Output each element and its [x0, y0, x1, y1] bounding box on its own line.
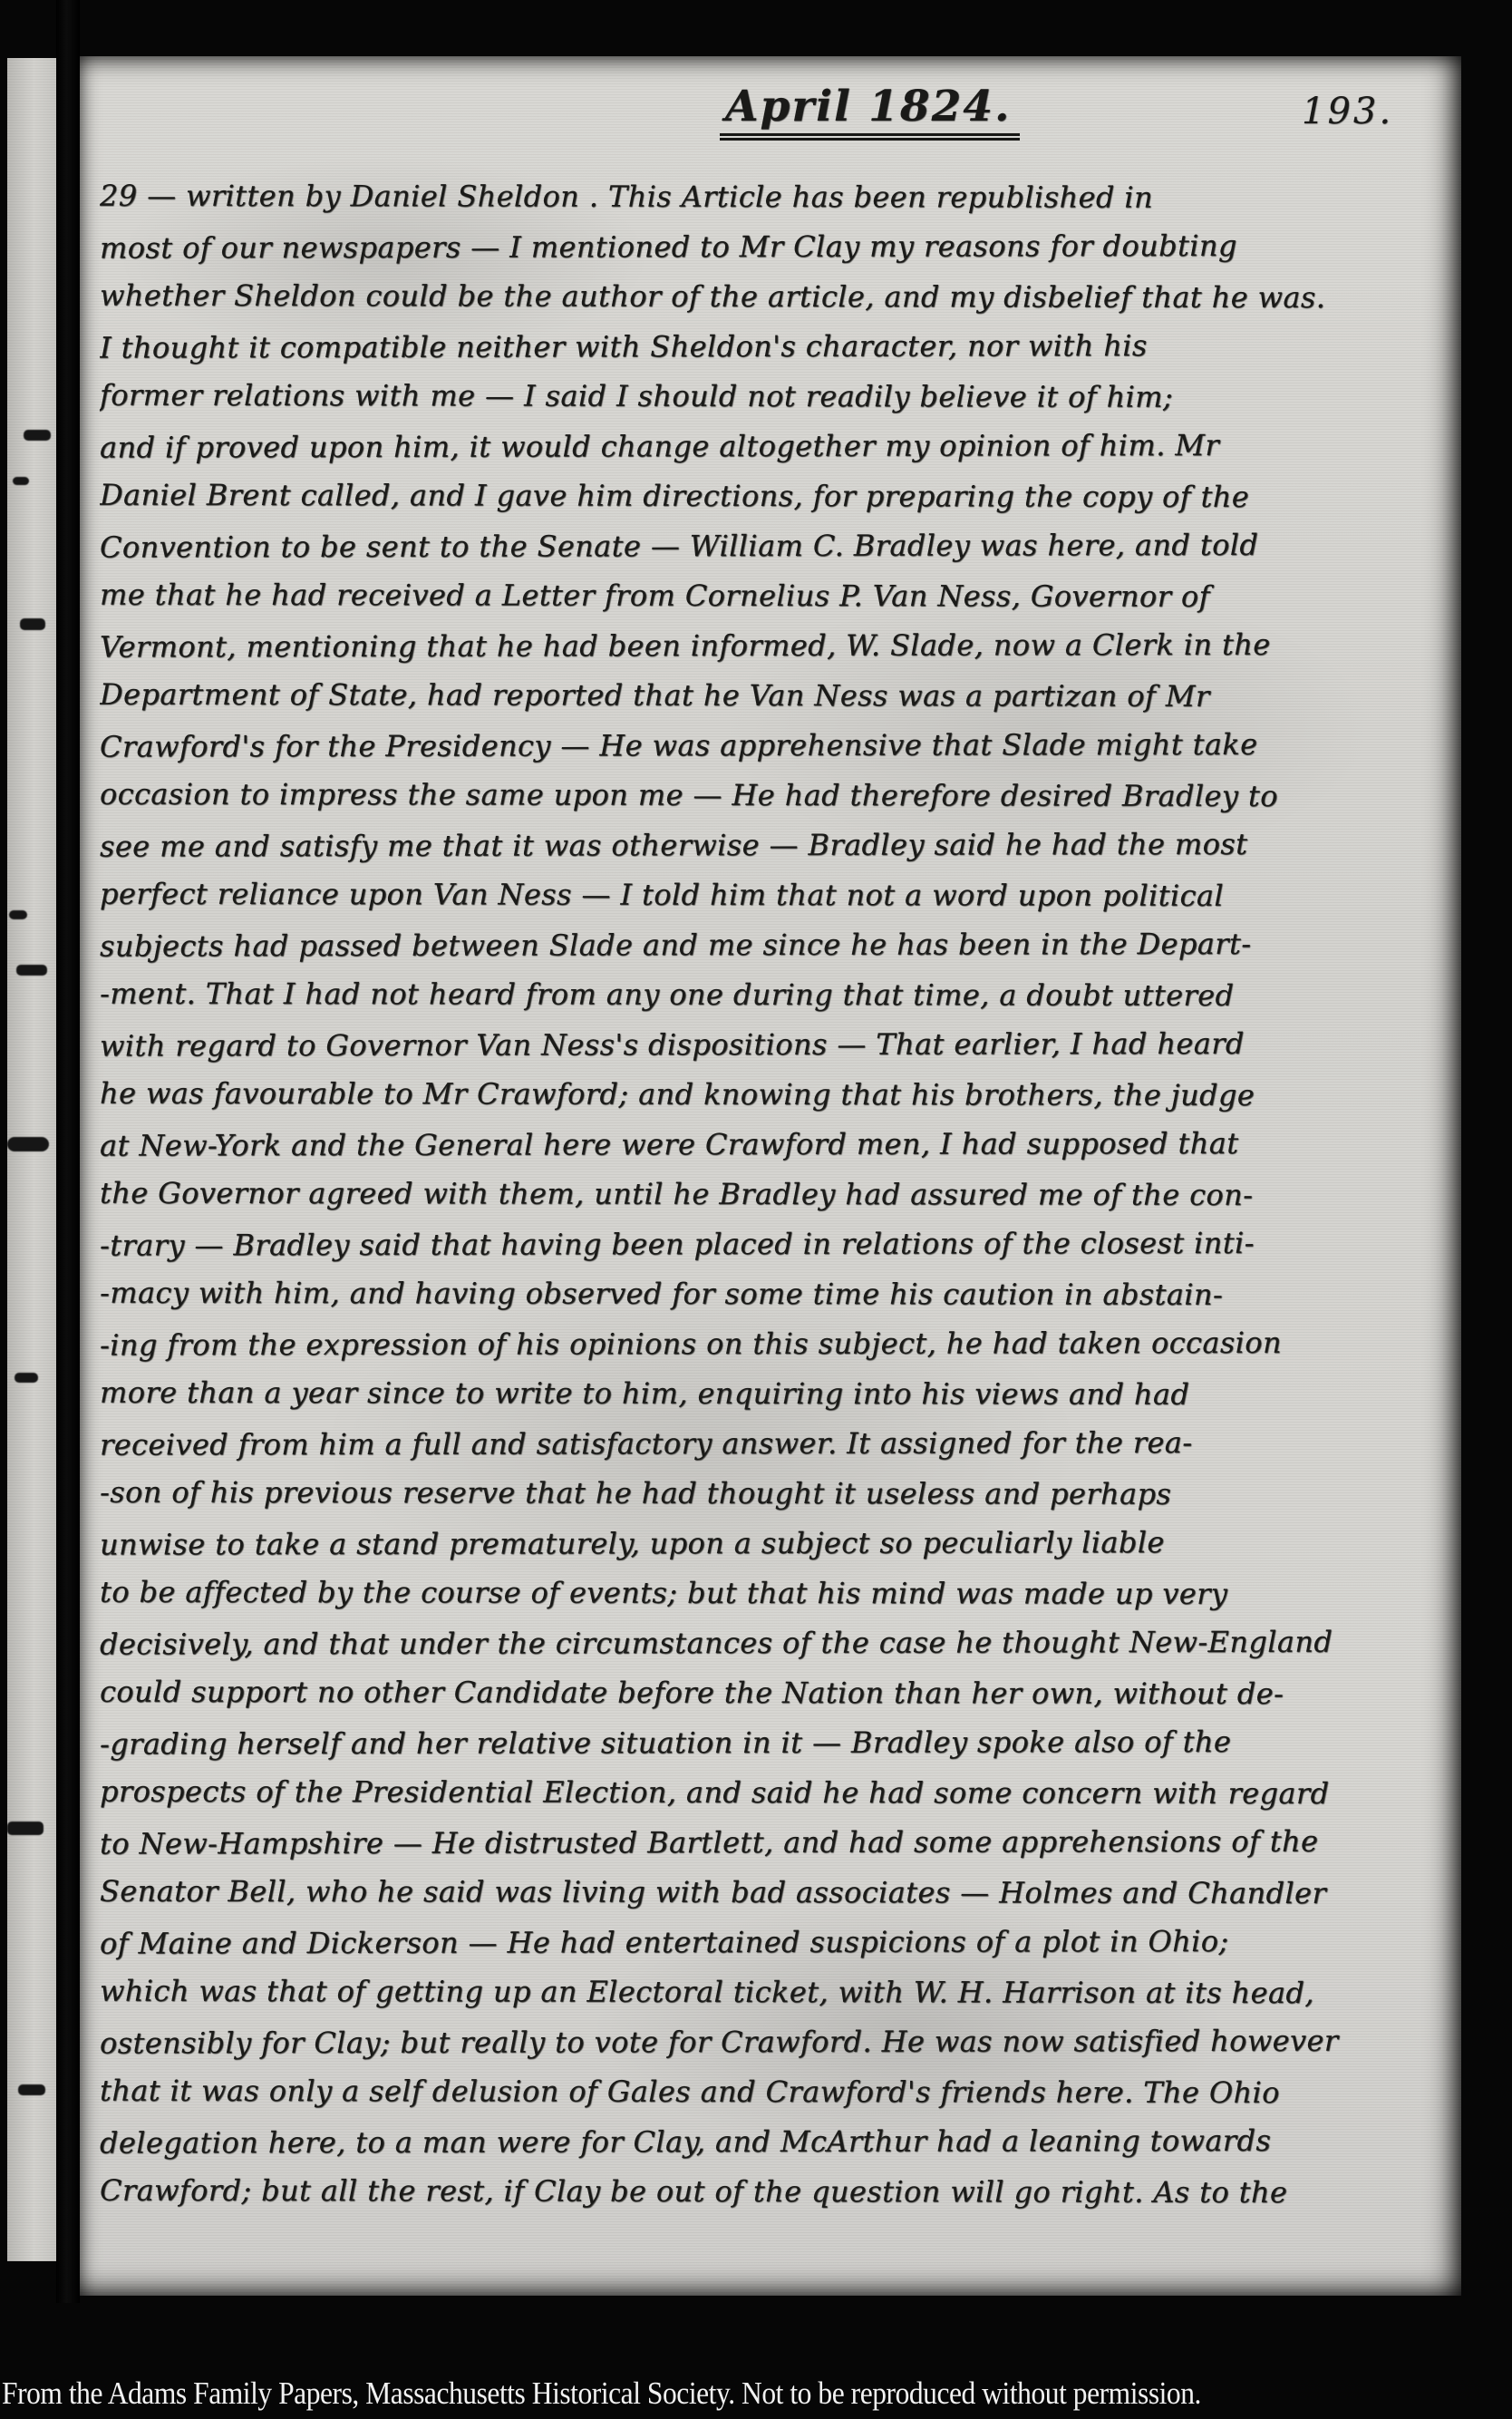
ink-fragment — [16, 965, 47, 976]
manuscript-line: perfect reliance upon Van Ness — I told … — [100, 869, 1443, 922]
manuscript-line: subjects had passed between Slade and me… — [100, 918, 1443, 971]
manuscript-line: which was that of getting up an Electora… — [100, 1967, 1443, 2019]
manuscript-line: -son of his previous reserve that he had… — [100, 1468, 1443, 1520]
manuscript-line: -trary — Bradley said that having been p… — [100, 1218, 1443, 1270]
manuscript-line: prospects of the Presidential Election, … — [100, 1767, 1443, 1820]
manuscript-line: 29 — written by Daniel Sheldon . This Ar… — [100, 171, 1443, 224]
ink-fragment — [20, 618, 45, 630]
ink-fragment — [9, 910, 27, 919]
manuscript-line: ostensibly for Clay; but really to vote … — [100, 2016, 1443, 2068]
manuscript-line: occasion to impress the same upon me — H… — [100, 770, 1443, 822]
manuscript-line: -grading herself and her relative situat… — [100, 1716, 1443, 1769]
manuscript-page: April 1824. 193. 29 — written by Daniel … — [80, 56, 1461, 2296]
ink-fragment — [13, 477, 29, 485]
manuscript-line: to be affected by the course of events; … — [100, 1568, 1443, 1620]
month-year-heading: April 1824. — [720, 82, 1020, 141]
ink-fragment — [24, 430, 51, 441]
manuscript-line: me that he had received a Letter from Co… — [100, 570, 1443, 623]
manuscript-line: Daniel Brent called, and I gave him dire… — [100, 471, 1443, 523]
manuscript-line: he was favourable to Mr Crawford; and kn… — [100, 1069, 1443, 1122]
manuscript-line: I thought it compatible neither with She… — [100, 320, 1443, 373]
manuscript-line: received from him a full and satisfactor… — [100, 1417, 1443, 1470]
manuscript-line: -ment. That I had not heard from any one… — [100, 969, 1443, 1022]
facing-page-edge — [7, 58, 56, 2261]
manuscript-line: Vermont, mentioning that he had been inf… — [100, 619, 1443, 672]
manuscript-line: the Governor agreed with them, until he … — [100, 1169, 1443, 1221]
manuscript-line: that it was only a self delusion of Gale… — [100, 2066, 1443, 2119]
ink-fragment — [18, 2084, 45, 2095]
manuscript-line: -ing from the expression of his opinions… — [100, 1317, 1443, 1370]
manuscript-line: decisively, and that under the circumsta… — [100, 1617, 1443, 1669]
manuscript-line: most of our newspapers — I mentioned to … — [100, 220, 1443, 273]
manuscript-line: Senator Bell, who he said was living wit… — [100, 1867, 1443, 1919]
archive-caption: From the Adams Family Papers, Massachuse… — [2, 2375, 1356, 2412]
binding-gutter — [56, 0, 80, 2303]
manuscript-line: Crawford's for the Presidency — He was a… — [100, 719, 1443, 772]
ink-fragment — [7, 1822, 44, 1835]
manuscript-line: with regard to Governor Van Ness's dispo… — [100, 1018, 1443, 1071]
manuscript-body: 29 — written by Daniel Sheldon . This Ar… — [100, 172, 1443, 2217]
ink-fragment — [15, 1373, 38, 1383]
manuscript-line: could support no other Candidate before … — [100, 1667, 1443, 1720]
manuscript-line: see me and satisfy me that it was otherw… — [100, 819, 1443, 871]
manuscript-line: -macy with him, and having observed for … — [100, 1268, 1443, 1321]
manuscript-line: and if proved upon him, it would change … — [100, 420, 1443, 472]
manuscript-line: of Maine and Dickerson — He had entertai… — [100, 1916, 1443, 1968]
manuscript-line: more than a year since to write to him, … — [100, 1368, 1443, 1421]
manuscript-line: Convention to be sent to the Senate — Wi… — [100, 520, 1443, 572]
manuscript-line: delegation here, to a man were for Clay,… — [100, 2115, 1443, 2168]
manuscript-line: at New-York and the General here were Cr… — [100, 1118, 1443, 1171]
manuscript-line: Department of State, had reported that h… — [100, 670, 1443, 723]
manuscript-line: Crawford; but all the rest, if Clay be o… — [100, 2166, 1443, 2219]
manuscript-line: to New-Hampshire — He distrusted Bartlet… — [100, 1816, 1443, 1869]
manuscript-line: former relations with me — I said I shou… — [100, 371, 1443, 423]
page-number: 193. — [1302, 91, 1393, 132]
manuscript-scan: April 1824. 193. 29 — written by Daniel … — [0, 0, 1512, 2419]
manuscript-line: unwise to take a stand prematurely, upon… — [100, 1517, 1443, 1569]
ink-fragment — [7, 1137, 49, 1151]
manuscript-line: whether Sheldon could be the author of t… — [100, 271, 1443, 324]
